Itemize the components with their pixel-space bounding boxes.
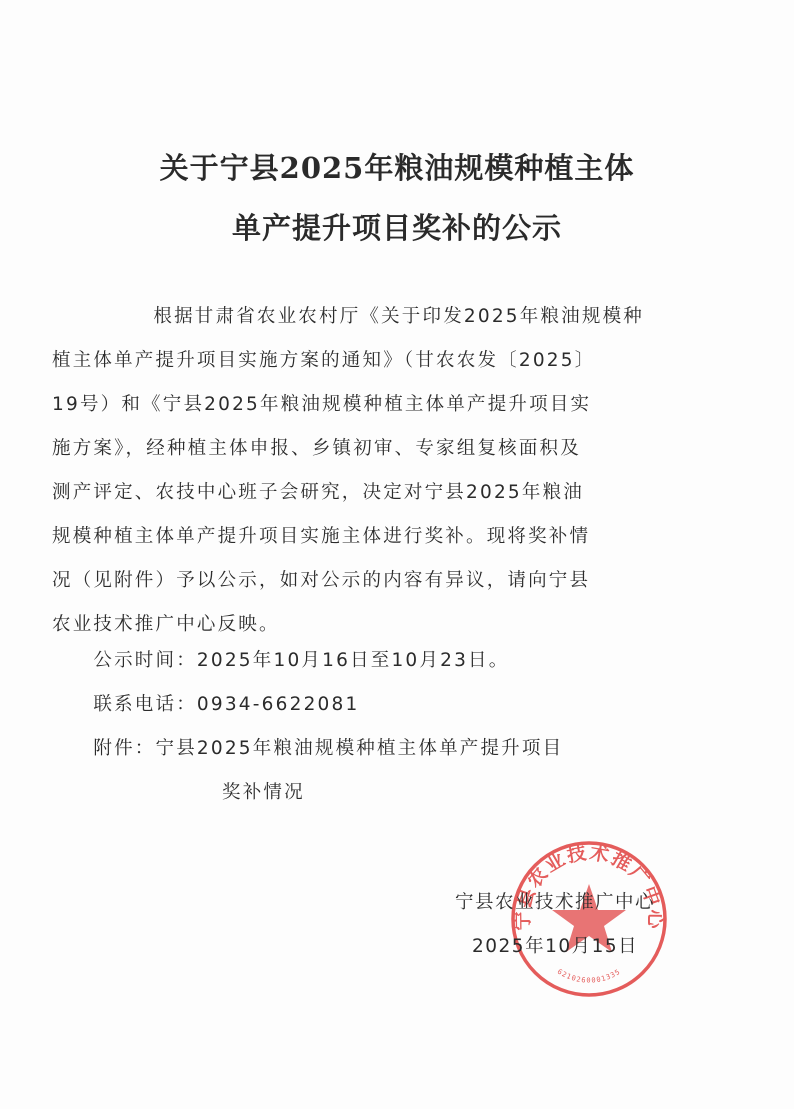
publicity-period: 公示时间：2025年10月16日至10月23日。 <box>52 646 509 672</box>
document-page: 关于宁县2025年粮油规模种植主体 单产提升项目奖补的公示 根据甘肃省农业农村厅… <box>0 0 794 1109</box>
paragraph-line: 施方案》，经种植主体申报、乡镇初审、专家组复核面积及 <box>52 434 581 460</box>
paragraph-line: 根据甘肃省农业农村厅《关于印发2025年粮油规模种 <box>112 302 644 328</box>
contact-phone: 联系电话：0934-6622081 <box>52 690 359 716</box>
official-seal-icon: 宁县农业技术推广中心 6210260001335 <box>508 838 670 1000</box>
signature-organization: 宁县农业技术推广中心 <box>455 888 655 914</box>
paragraph-line: 农业技术推广中心反映。 <box>52 610 280 636</box>
svg-text:6210260001335: 6210260001335 <box>556 968 622 985</box>
document-title-line-1: 关于宁县2025年粮油规模种植主体 <box>0 146 794 187</box>
paragraph-line: 植主体单产提升项目实施方案的通知》（甘农农发〔2025〕 <box>52 346 595 372</box>
paragraph-line: 测产评定、农技中心班子会研究，决定对宁县2025年粮油 <box>52 478 584 504</box>
paragraph-line: 规模种植主体单产提升项目实施主体进行奖补。现将奖补情 <box>52 522 590 548</box>
paragraph-line: 况（见附件）予以公示，如对公示的内容有异议，请向宁县 <box>52 566 590 592</box>
document-title-line-2: 单产提升项目奖补的公示 <box>0 206 794 247</box>
attachment-line-2: 奖补情况 <box>222 778 305 804</box>
paragraph-line: 19号）和《宁县2025年粮油规模种植主体单产提升项目实 <box>52 390 591 416</box>
attachment-line-1: 附件：宁县2025年粮油规模种植主体单产提升项目 <box>52 734 563 760</box>
signature-date: 2025年10月15日 <box>472 932 638 958</box>
